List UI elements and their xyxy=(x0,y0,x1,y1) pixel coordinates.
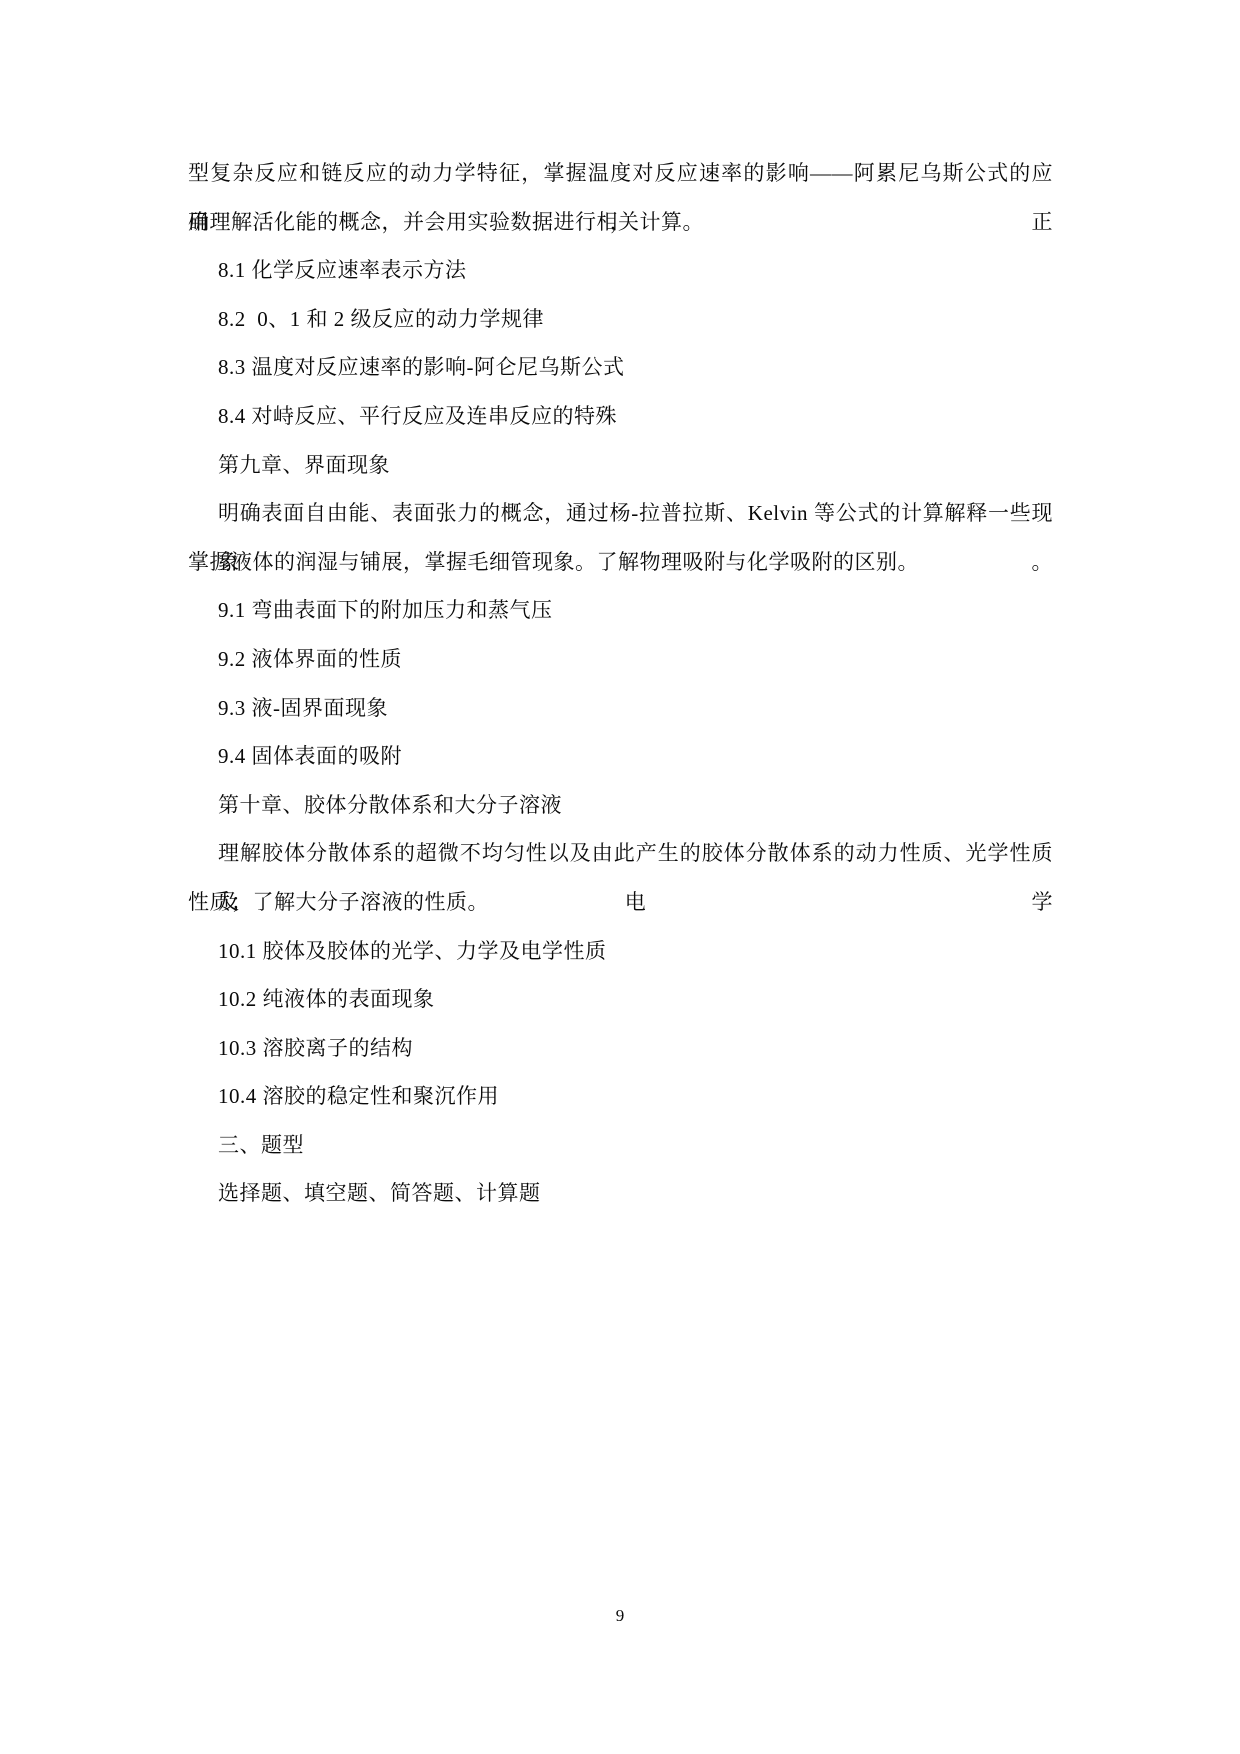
page-number: 9 xyxy=(0,1603,1240,1629)
document-page: 型复杂反应和链反应的动力学特征，掌握温度对反应速率的影响——阿累尼乌斯公式的应用… xyxy=(0,0,1240,1754)
text-line: 9.1 弯曲表面下的附加压力和蒸气压 xyxy=(188,586,1053,635)
text-line: 10.1 胶体及胶体的光学、力学及电学性质 xyxy=(188,927,1053,976)
text-line: 10.4 溶胶的稳定性和聚沉作用 xyxy=(188,1072,1053,1121)
text-line: 型复杂反应和链反应的动力学特征，掌握温度对反应速率的影响——阿累尼乌斯公式的应用… xyxy=(188,149,1053,198)
text-line: 第十章、胶体分散体系和大分子溶液 xyxy=(188,781,1053,830)
document-body: 型复杂反应和链反应的动力学特征，掌握温度对反应速率的影响——阿累尼乌斯公式的应用… xyxy=(188,149,1053,1218)
text-line: 第九章、界面现象 xyxy=(188,441,1053,490)
text-line: 8.4 对峙反应、平行反应及连串反应的特殊 xyxy=(188,392,1053,441)
text-line: 9.3 液-固界面现象 xyxy=(188,684,1053,733)
text-line: 理解胶体分散体系的超微不均匀性以及由此产生的胶体分散体系的动力性质、光学性质及电… xyxy=(188,829,1053,878)
text-line: 10.2 纯液体的表面现象 xyxy=(188,975,1053,1024)
text-line: 8.1 化学反应速率表示方法 xyxy=(188,246,1053,295)
text-line: 选择题、填空题、简答题、计算题 xyxy=(188,1169,1053,1218)
text-line: 8.3 温度对反应速率的影响-阿仑尼乌斯公式 xyxy=(188,343,1053,392)
text-line: 10.3 溶胶离子的结构 xyxy=(188,1024,1053,1073)
text-line: 8.2 0、1 和 2 级反应的动力学规律 xyxy=(188,295,1053,344)
text-line: 明确表面自由能、表面张力的概念，通过杨-拉普拉斯、Kelvin 等公式的计算解释… xyxy=(188,489,1053,538)
text-line: 9.2 液体界面的性质 xyxy=(188,635,1053,684)
text-line: 9.4 固体表面的吸附 xyxy=(188,732,1053,781)
text-line: 三、题型 xyxy=(188,1121,1053,1170)
